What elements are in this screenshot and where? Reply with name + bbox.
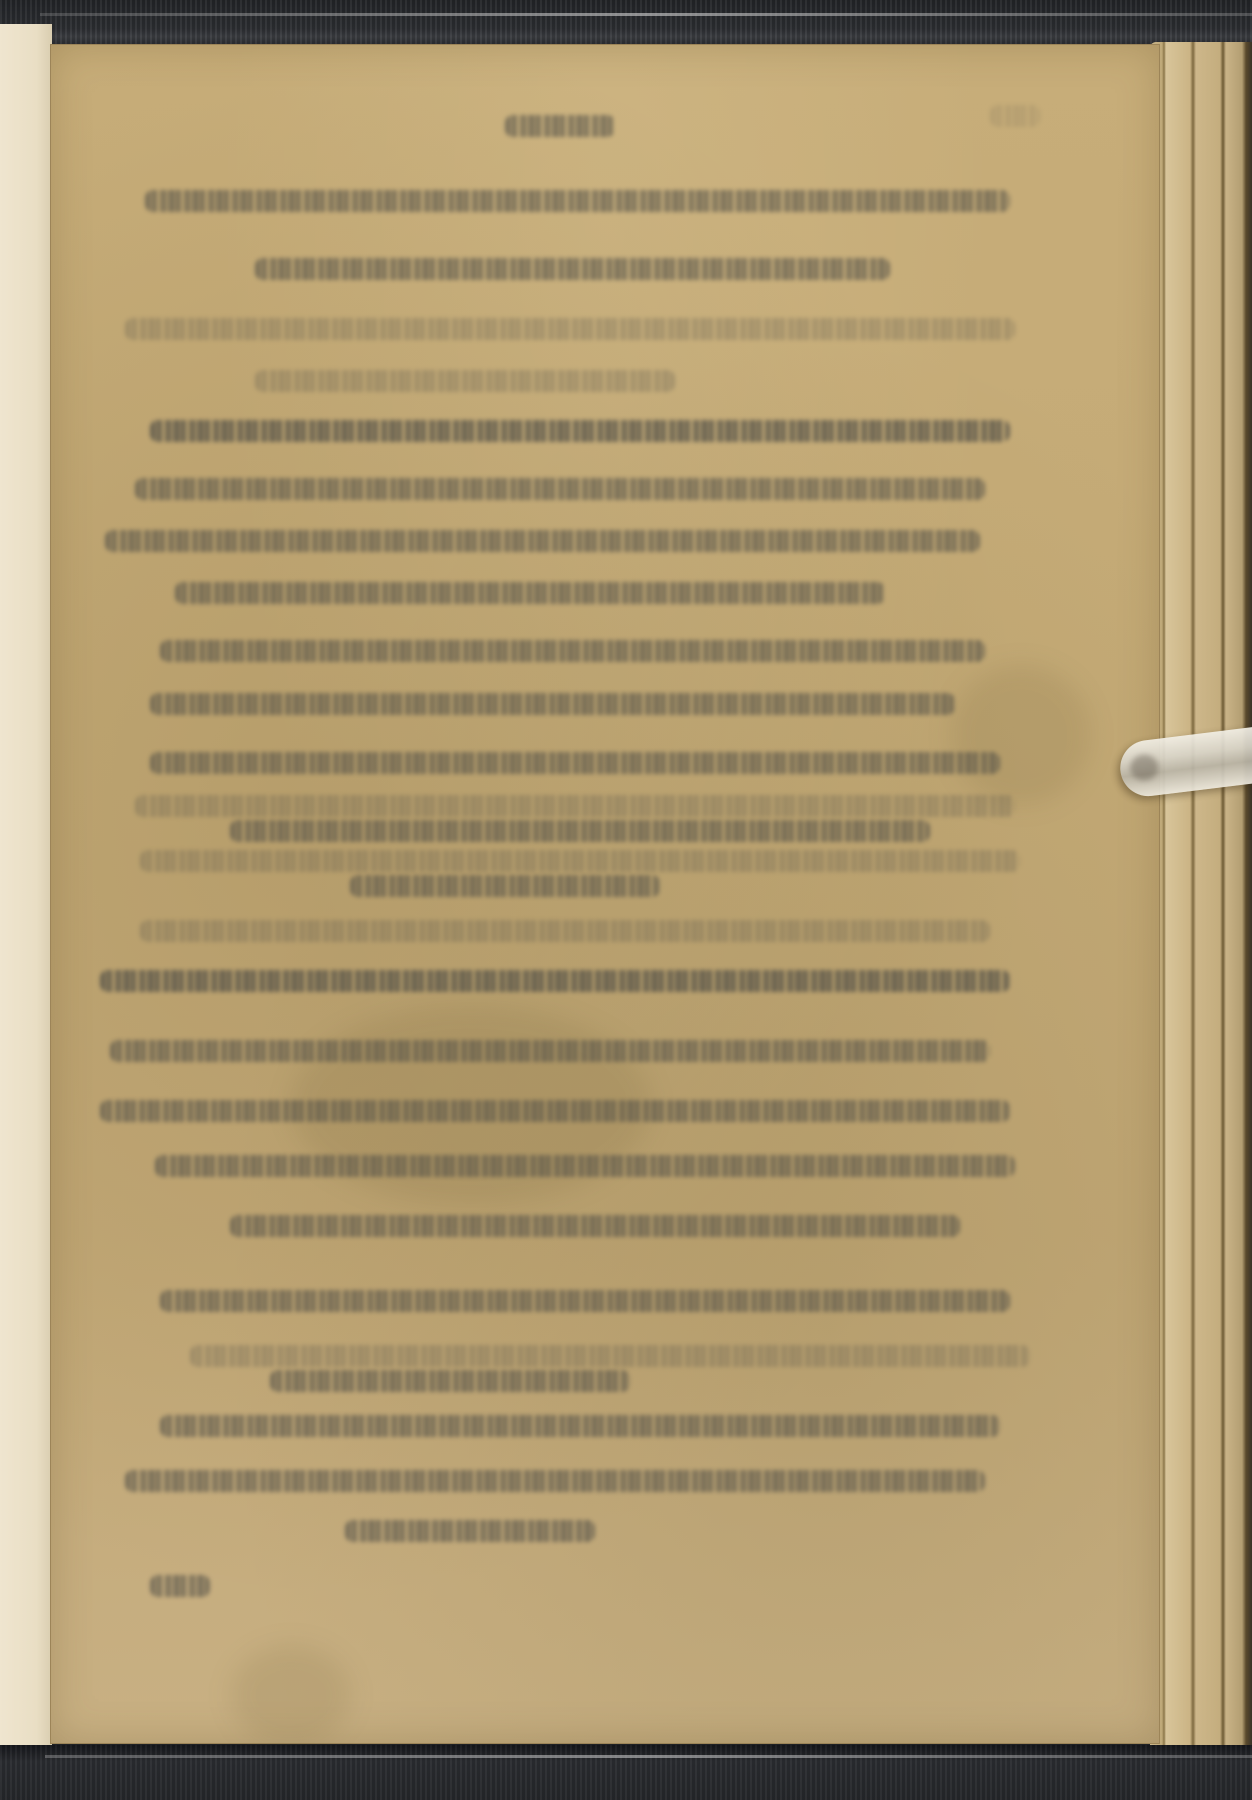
- flyleaf: [0, 24, 52, 1759]
- ink-glyphs: [160, 640, 985, 662]
- text-line: [125, 1470, 985, 1492]
- ink-glyphs: [140, 920, 990, 942]
- text-line: [150, 693, 955, 715]
- ink-glyphs: [345, 1520, 595, 1542]
- ink-glyphs: [135, 478, 985, 500]
- stain: [231, 1645, 351, 1745]
- folio-heading: [505, 115, 615, 137]
- ink-glyphs: [230, 820, 930, 842]
- ink-glyphs: [160, 1290, 1010, 1312]
- text-line: [230, 820, 930, 842]
- text-line: [100, 1100, 1010, 1122]
- text-line: [105, 530, 980, 552]
- ink-glyphs: [160, 1415, 1000, 1437]
- text-line: [190, 1345, 1030, 1367]
- text-line: [110, 1040, 990, 1062]
- text-line: [160, 1290, 1010, 1312]
- page-stack-edges: [1150, 42, 1252, 1747]
- text-line: [255, 370, 675, 392]
- text-line: [160, 640, 985, 662]
- ink-glyphs: [140, 850, 1020, 872]
- text-line: [135, 478, 985, 500]
- ink-glyphs: [255, 258, 890, 280]
- text-line: [135, 795, 1015, 817]
- ink-glyphs: [150, 752, 1000, 774]
- text-line: [125, 318, 1015, 340]
- text-line: [140, 920, 990, 942]
- text-line: [350, 875, 660, 897]
- text-line: [255, 258, 890, 280]
- ink-glyphs: [145, 190, 1010, 212]
- text-line: [345, 1520, 595, 1542]
- ink-glyphs: [150, 693, 955, 715]
- text-line: [160, 1415, 1000, 1437]
- ink-glyphs: [125, 318, 1015, 340]
- text-line: [230, 1215, 960, 1237]
- ink-glyphs: [230, 1215, 960, 1237]
- ink-glyphs: [270, 1370, 630, 1392]
- text-line: [145, 190, 1010, 212]
- binding-bottom: [0, 1745, 1252, 1800]
- ink-glyphs: [125, 1470, 985, 1492]
- ink-glyphs: [350, 875, 660, 897]
- ink-glyphs: [155, 1155, 1015, 1177]
- ink-glyphs: [150, 1575, 210, 1597]
- folio-number-mark: [990, 105, 1040, 127]
- text-line: [150, 1575, 210, 1597]
- ink-glyphs: [135, 795, 1015, 817]
- ink-glyphs: [100, 970, 1010, 992]
- ink-glyphs: [110, 1040, 990, 1062]
- text-line: [155, 1155, 1015, 1177]
- ink-glyphs: [175, 582, 885, 604]
- ink-glyphs: [255, 370, 675, 392]
- ink-glyphs: [150, 420, 1010, 442]
- ink-glyphs: [190, 1345, 1030, 1367]
- ink-glyphs: [105, 530, 980, 552]
- text-line: [140, 850, 1020, 872]
- text-line: [270, 1370, 630, 1392]
- ink-glyphs: [100, 1100, 1010, 1122]
- stain: [951, 665, 1091, 805]
- text-line: [175, 582, 885, 604]
- text-line: [150, 420, 1010, 442]
- text-line: [100, 970, 1010, 992]
- text-line: [150, 752, 1000, 774]
